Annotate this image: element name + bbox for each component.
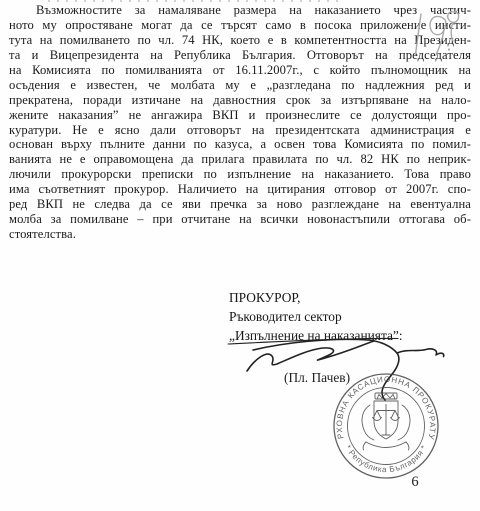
official-stamp: ВЪРХОВНА КАСАЦИОННА ПРОКУРАТУРА * Републ… <box>0 0 438 478</box>
document-page: Възможностите за намаляване размера на н… <box>0 0 480 511</box>
stamp-bottom-text: * Република България * <box>343 444 429 475</box>
handwritten-page-annotation <box>416 12 459 55</box>
page-number: 6 <box>404 474 426 491</box>
stamp-outer-text: ВЪРХОВНА КАСАЦИОННА ПРОКУРАТУРА <box>0 0 437 441</box>
stamp-coat-of-arms <box>362 393 410 450</box>
graphics-overlay: ВЪРХОВНА КАСАЦИОННА ПРОКУРАТУРА * Републ… <box>0 0 480 511</box>
